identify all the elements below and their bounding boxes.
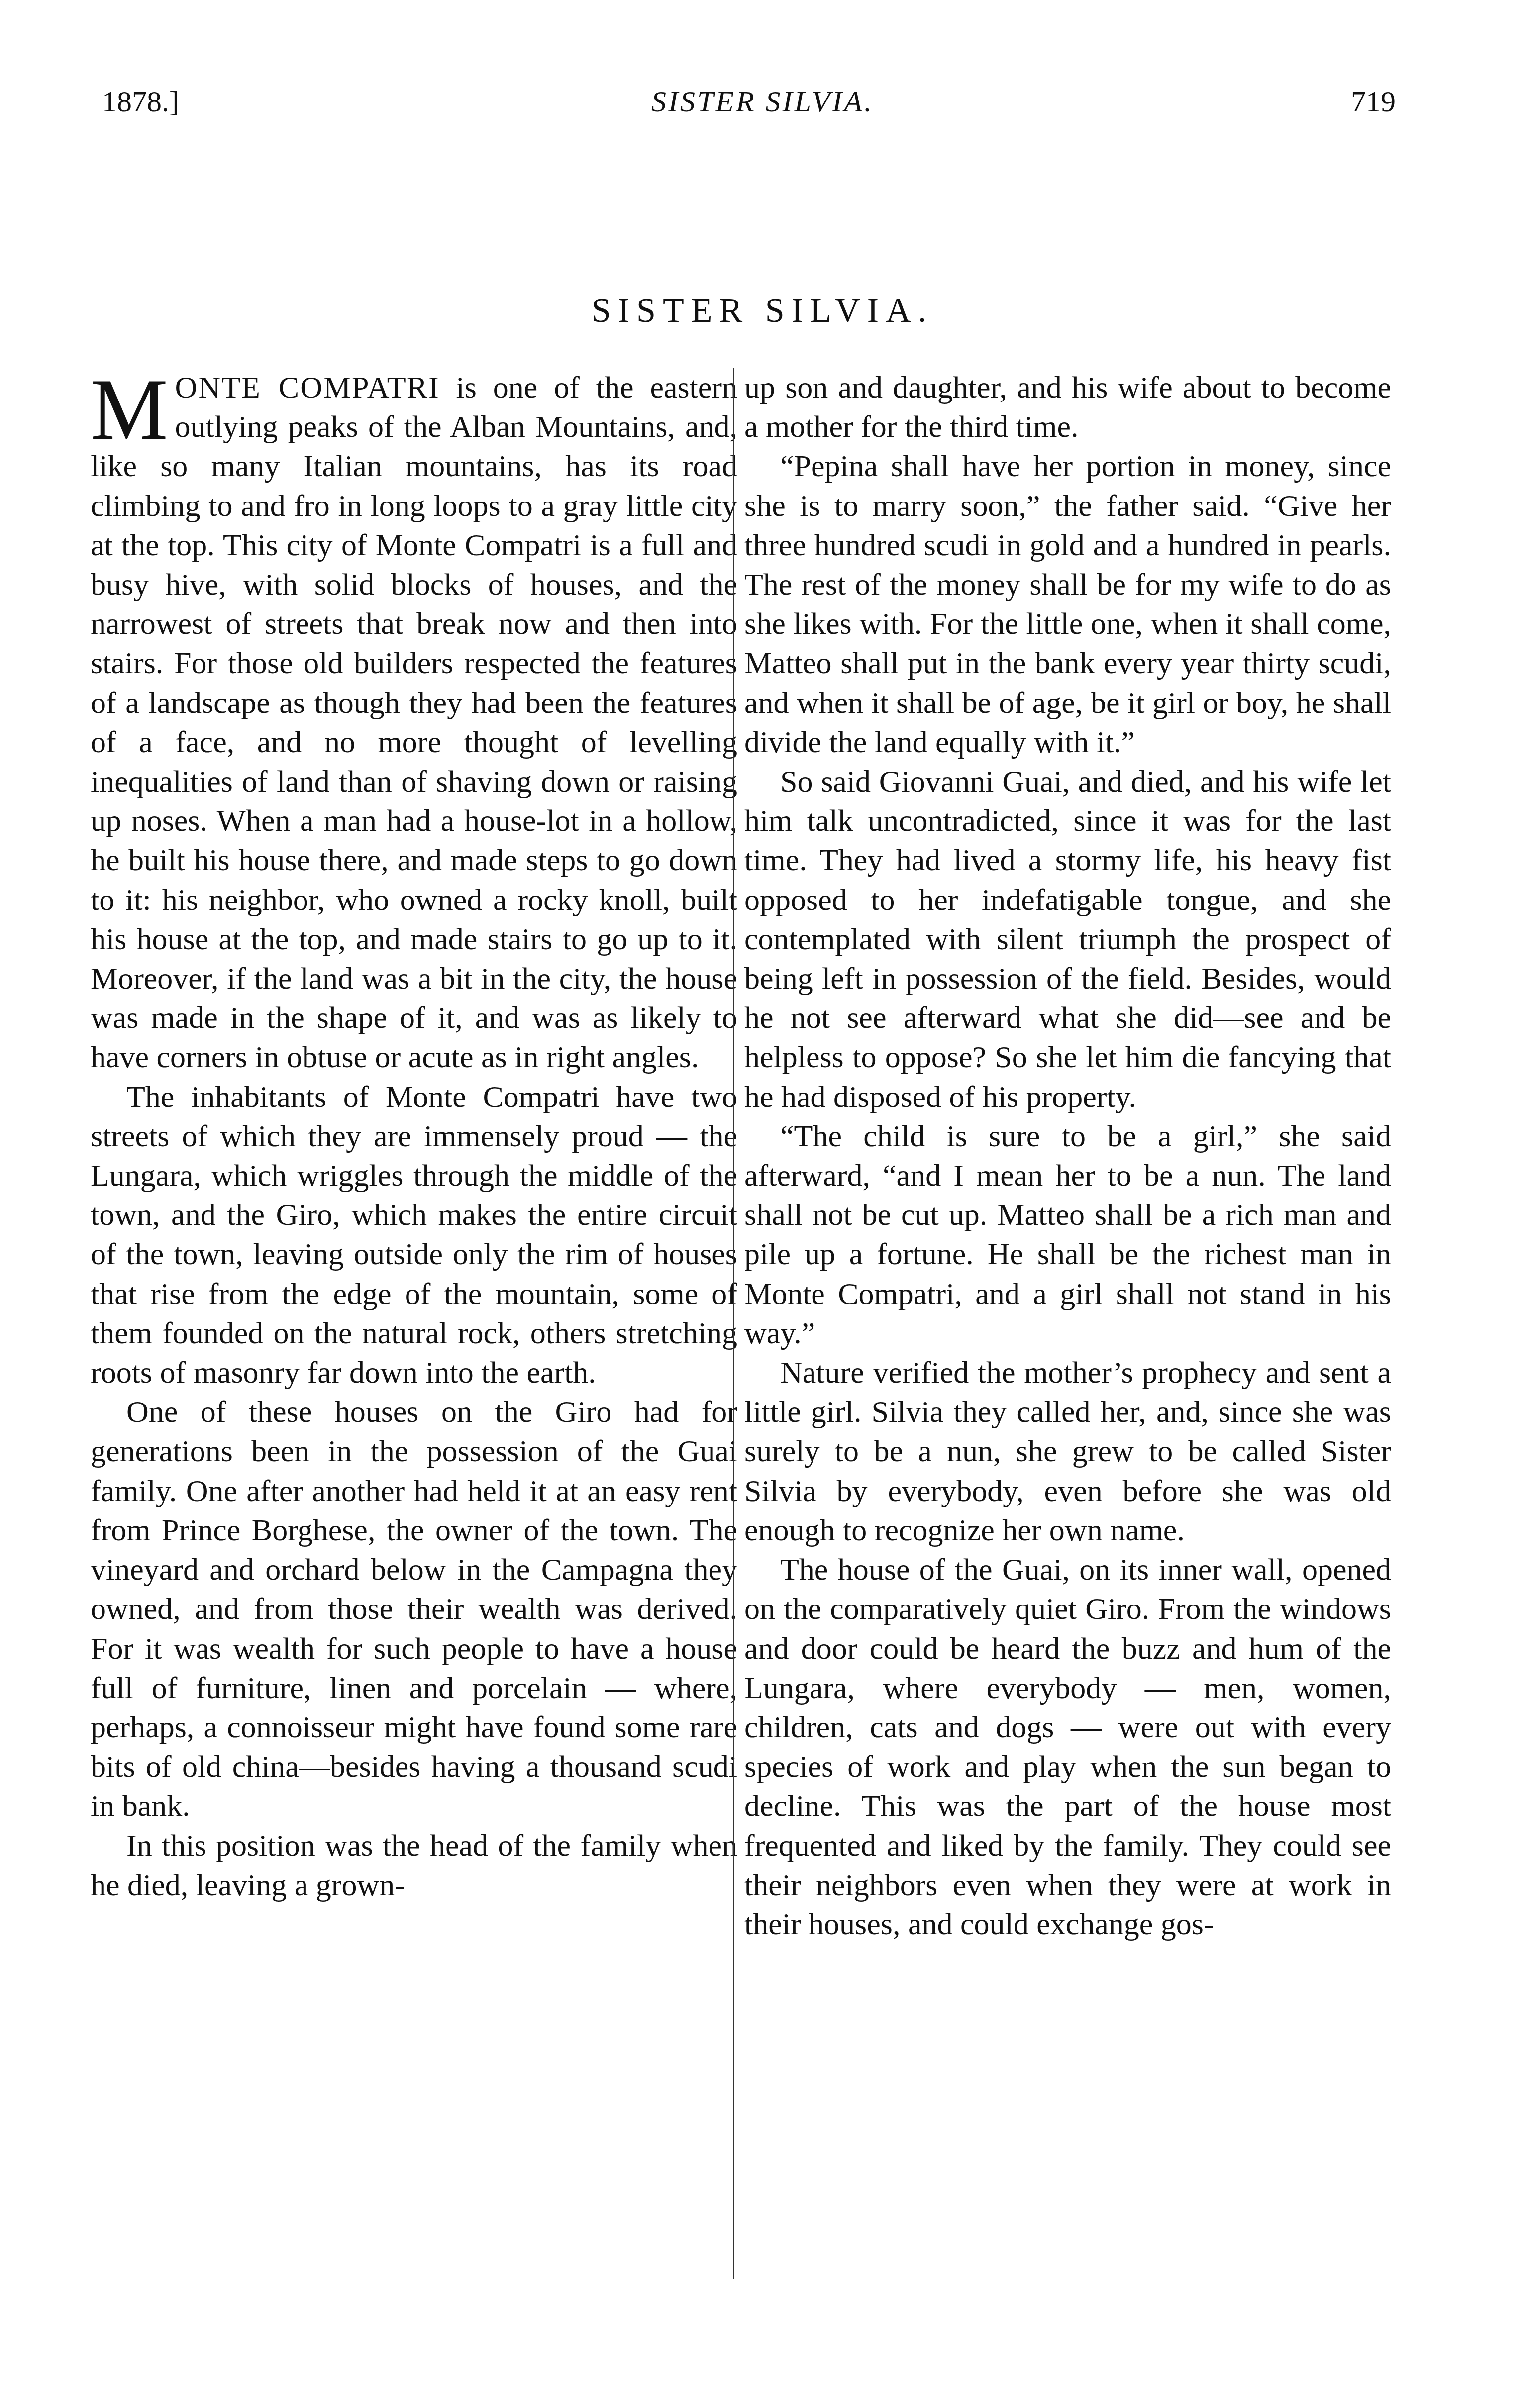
drop-cap: M	[91, 372, 168, 447]
paragraph: up son and daughter, and his wife about …	[744, 368, 1391, 447]
running-head-title: SISTER SILVIA.	[0, 85, 1525, 119]
paragraph: One of these houses on the Giro had for …	[91, 1393, 737, 1826]
column-divider	[733, 368, 734, 2279]
paragraph: The inhabitants of Monte Compatri have t…	[91, 1078, 737, 1393]
left-column: MONTE COMPATRI is one of the eastern out…	[91, 368, 737, 1905]
opening-smallcaps: ONTE COMPATRI	[175, 371, 440, 404]
article-title: SISTER SILVIA.	[0, 291, 1525, 331]
paragraph: The house of the Guai, on its inner wall…	[744, 1550, 1391, 1944]
paragraph: So said Giovanni Guai, and died, and his…	[744, 762, 1391, 1117]
paragraph: Nature verified the mother’s prophecy an…	[744, 1353, 1391, 1550]
page-number: 719	[1351, 85, 1396, 119]
paragraph: “The child is sure to be a girl,” she sa…	[744, 1117, 1391, 1353]
running-head: 1878.] SISTER SILVIA. 719	[0, 85, 1525, 129]
paragraph-text: is one of the eastern outlying peaks of …	[91, 371, 737, 1074]
paragraph: MONTE COMPATRI is one of the eastern out…	[91, 368, 737, 1078]
right-column: up son and daughter, and his wife about …	[744, 368, 1391, 1944]
paragraph: “Pepina shall have her portion in money,…	[744, 447, 1391, 762]
paragraph: In this position was the head of the fam…	[91, 1826, 737, 1905]
